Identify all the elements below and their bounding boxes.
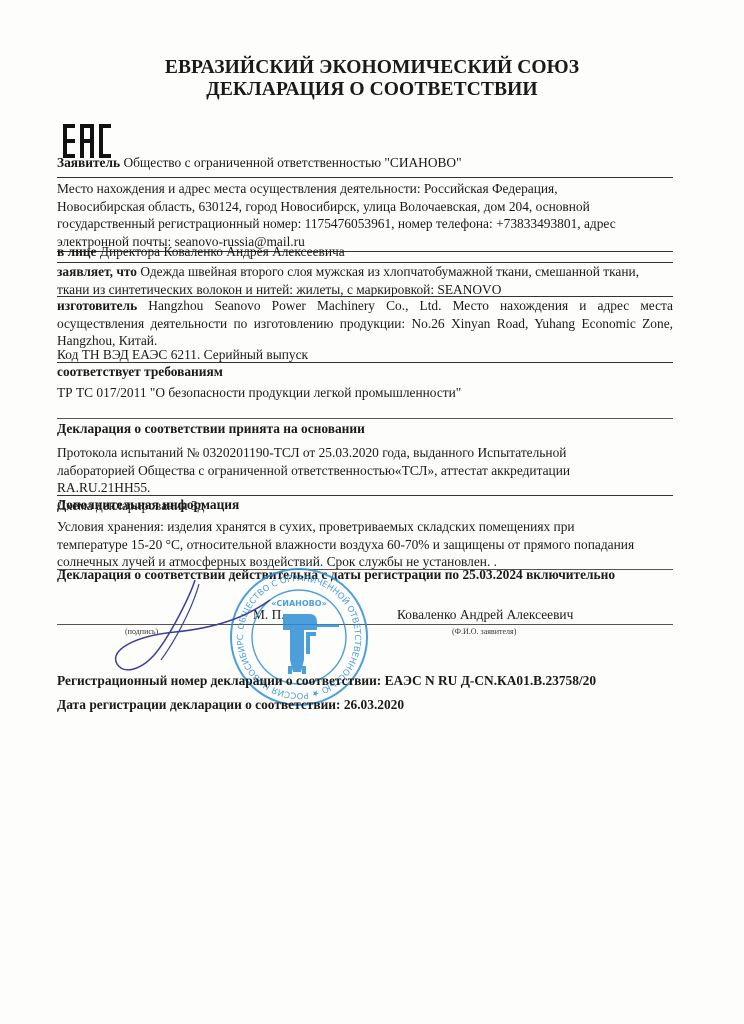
manufacturer-text: Hangzhou Seanovo Power Machinery Co., Lt…: [57, 298, 673, 348]
handwritten-signature-icon: [95, 576, 355, 686]
additional-line: температуре 15-20 °С, относительной влаж…: [57, 536, 634, 554]
requirements-value: ТР ТС 017/2011 "О безопасности продукции…: [57, 384, 461, 402]
manufacturer-block: изготовитель Hangzhou Seanovo Power Mach…: [57, 297, 673, 350]
applicant-value: Общество с ограниченной ответственностью…: [123, 155, 461, 170]
basis-heading: Декларация о соответствии принята на осн…: [57, 420, 365, 438]
additional-block: Условия хранения: изделия хранятся в сух…: [57, 518, 634, 571]
divider: [57, 177, 673, 178]
registration-number: Регистрационный номер декларации о соотв…: [57, 672, 596, 690]
represented-by-row: в лице Директора Коваленко Андрея Алексе…: [57, 243, 345, 261]
signer-caption: (Ф.И.О. заявителя): [452, 627, 516, 636]
applicant-label: Заявитель: [57, 155, 120, 170]
additional-line: Условия хранения: изделия хранятся в сух…: [57, 518, 634, 536]
registration-date: Дата регистрации декларации о соответств…: [57, 696, 404, 714]
commodity-code: Код ТН ВЭД ЕАЭС 6211. Серийный выпуск: [57, 346, 308, 364]
represented-by-value: Директора Коваленко Андрея Алексеевича: [100, 244, 345, 259]
manufacturer-label: изготовитель: [57, 298, 137, 313]
address-line: Новосибирская область, 630124, город Нов…: [57, 198, 616, 216]
address-line: Место нахождения и адрес места осуществл…: [57, 180, 616, 198]
signer-name: Коваленко Андрей Алексеевич: [397, 606, 573, 624]
document-title-declaration: ДЕКЛАРАЦИЯ О СООТВЕТСТВИИ: [0, 79, 744, 101]
address-line: государственный регистрационный номер: 1…: [57, 215, 616, 233]
additional-heading: Дополнительная информация: [57, 496, 239, 514]
eac-logo-icon: [63, 124, 111, 158]
document-title-union: ЕВРАЗИЙСКИЙ ЭКОНОМИЧЕСКИЙ СОЮЗ: [0, 57, 744, 79]
address-block: Место нахождения и адрес места осуществл…: [57, 180, 616, 250]
declares-label: заявляет, что: [57, 264, 137, 279]
divider: [57, 418, 673, 419]
basis-line: RA.RU.21НН55.: [57, 479, 570, 497]
represented-by-label: в лице: [57, 244, 96, 259]
declares-block: заявляет, что Одежда швейная второго сло…: [57, 263, 639, 298]
applicant-row: Заявитель Общество с ограниченной ответс…: [57, 154, 462, 172]
basis-line: лабораторией Общества с ограниченной отв…: [57, 462, 570, 480]
declares-line-1: Одежда швейная второго слоя мужская из х…: [140, 264, 639, 279]
requirements-heading: соответствует требованиям: [57, 363, 223, 381]
basis-line: Протокола испытаний № 0320201190-ТСЛ от …: [57, 444, 570, 462]
